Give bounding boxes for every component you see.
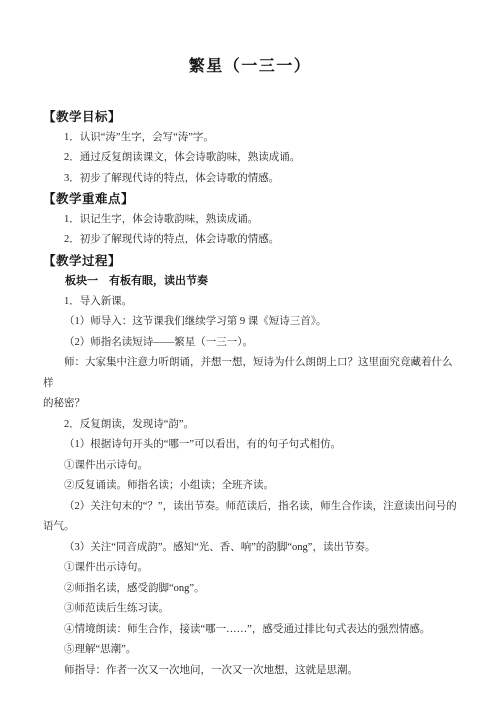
process-step: ①课件出示诗句。 [43,558,457,579]
process-step: 师：大家集中注意力听朗诵，并想一想，短诗为什么朗朗上口？这里面究竟藏着什么样 的… [43,353,457,415]
key-point-item: 1．识记生字，体会诗歌韵味，熟读成诵。 [43,210,457,231]
process-step: （3）关注“同音成韵”。感知“光、香、响”的韵脚“ong”，读出节奏。 [43,538,457,559]
document-body: 【教学目标】 1．认识“涛”生字，会写“涛”字。 2．通过反复朗读课文，体会诗歌… [43,107,457,681]
section-header-teaching-process: 【教学过程】 [43,251,457,272]
process-step: ③师范读后生练习读。 [43,599,457,620]
process-step: （1）师导入：这节课我们继续学习第 9 课《短诗三首》。 [43,312,457,333]
process-step: 1．导入新课。 [43,292,457,313]
document-page: 繁星（一三一） 【教学目标】 1．认识“涛”生字，会写“涛”字。 2．通过反复朗… [0,0,500,707]
key-point-item: 2．初步了解现代诗的特点，体会诗歌的情感。 [43,230,457,251]
goal-item: 2．通过反复朗读课文，体会诗歌韵味，熟读成诵。 [43,148,457,169]
process-step: （2）师指名读短诗——繁星（一三一）。 [43,333,457,354]
process-step: ①课件出示诗句。 [43,456,457,477]
process-step: （1）根据诗句开头的“哪一”可以看出，有的句子句式相仿。 [43,435,457,456]
goal-item: 1．认识“涛”生字，会写“涛”字。 [43,128,457,149]
goal-item: 3．初步了解现代诗的特点，体会诗歌的情感。 [43,169,457,190]
process-step: ⑤理解“思潮”。 [43,640,457,661]
process-block-title: 板块一 有板有眼，读出节奏 [43,271,457,292]
section-header-key-points: 【教学重难点】 [43,189,457,210]
process-step: 2．反复朗读，发现诗“韵”。 [43,415,457,436]
process-step: ②反复诵读。师指名读；小组读；全班齐读。 [43,476,457,497]
section-header-teaching-goals: 【教学目标】 [43,107,457,128]
document-title: 繁星（一三一） [0,57,500,77]
process-step: ④情境朗读：师生合作，接读“哪一……”，感受通过排比句式表达的强烈情感。 [43,620,457,641]
process-step: 师指导：作者一次又一次地问，一次又一次地想，这就是思潮。 [43,661,457,682]
process-step: ②师指名读，感受韵脚“ong”。 [43,579,457,600]
process-step: （2）关注句末的“？”，读出节奏。师范读后，指名读，师生合作读，注意读出问号的 … [43,497,457,538]
